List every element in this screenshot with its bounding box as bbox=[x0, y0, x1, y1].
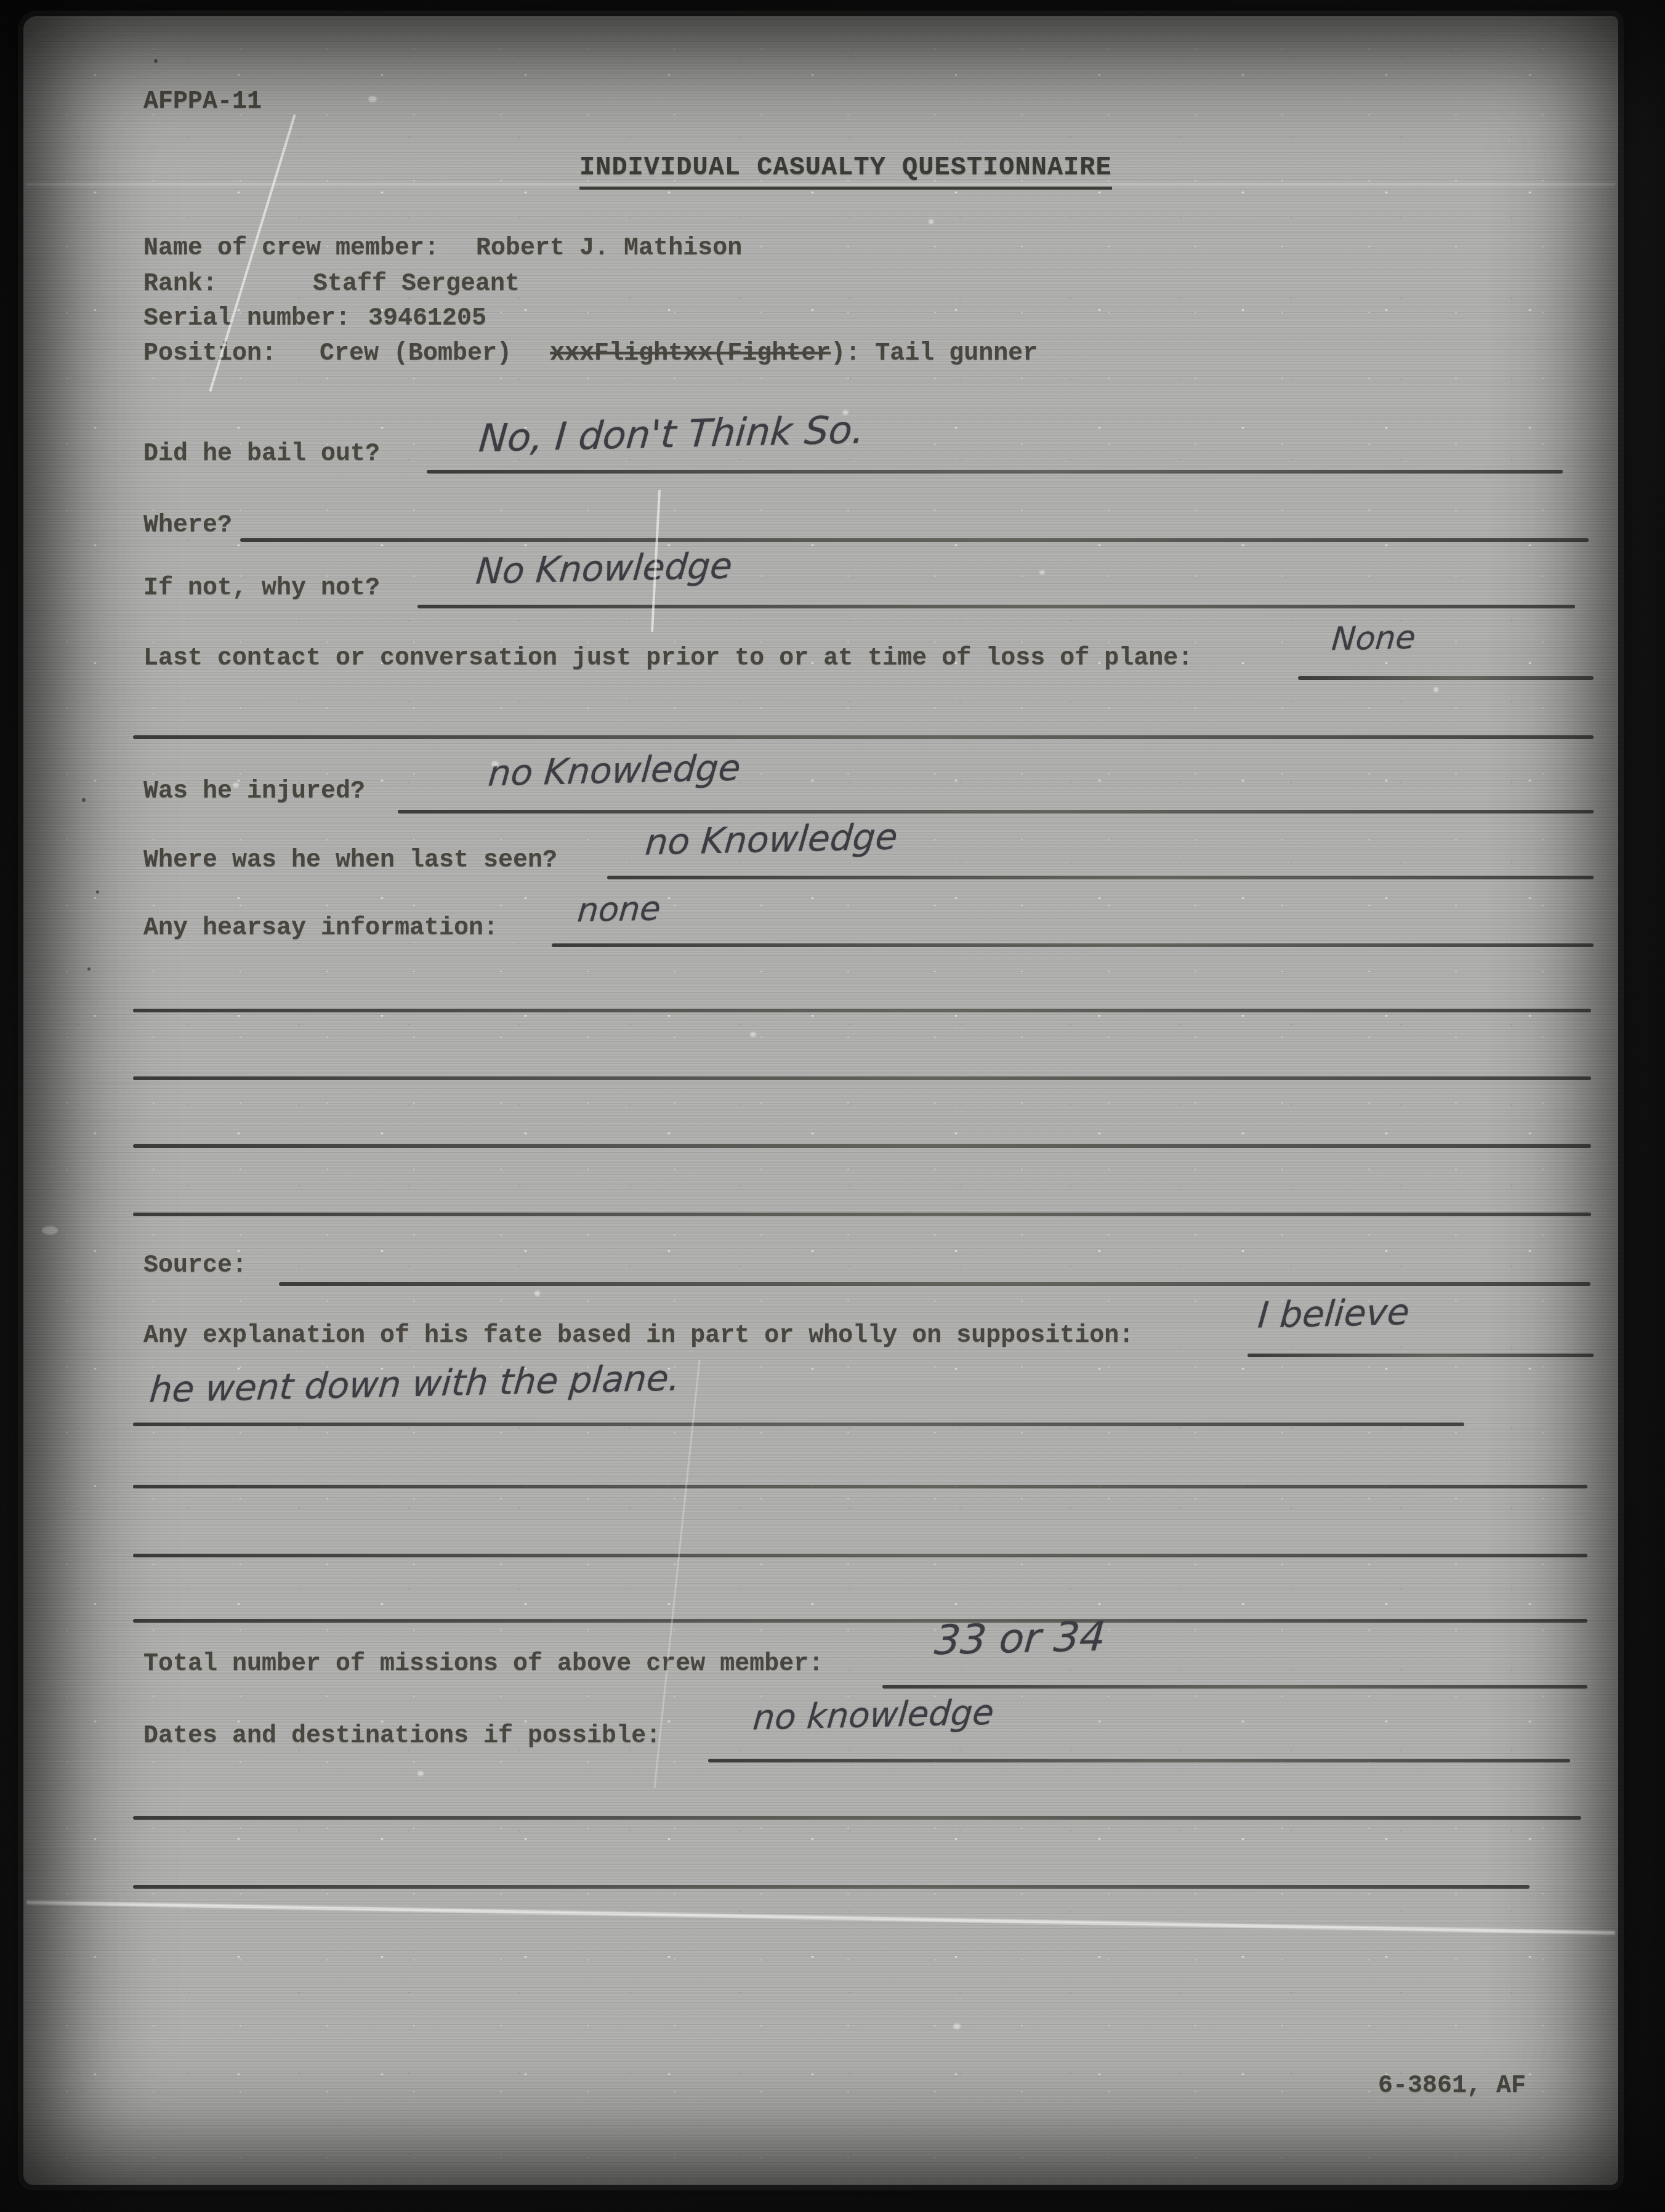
answer-supposition: I believe bbox=[1257, 1294, 1411, 1333]
paper-speck bbox=[1039, 570, 1045, 575]
ruled-line bbox=[882, 1685, 1587, 1689]
form-number: AFPPA-11 bbox=[143, 89, 262, 116]
answer-bail-out: No, I don't Think So. bbox=[478, 411, 866, 458]
ruled-line bbox=[133, 1144, 1591, 1148]
ruled-line bbox=[133, 1423, 1464, 1426]
paper-speck bbox=[842, 410, 849, 415]
question-label-last-seen: Where was he when last seen? bbox=[143, 847, 557, 874]
paper-speck bbox=[82, 798, 86, 802]
paper-speck bbox=[154, 59, 158, 63]
question-label-injured: Was he injured? bbox=[143, 778, 365, 805]
ruled-line bbox=[240, 538, 1589, 542]
ruled-line bbox=[1248, 1354, 1594, 1357]
ruled-line bbox=[133, 1485, 1587, 1488]
form-footer-code: 6-3861, AF bbox=[1378, 2073, 1526, 2100]
paper-speck bbox=[534, 1291, 540, 1296]
field-name-value: Robert J. Mathison bbox=[476, 235, 742, 262]
field-serial-label: Serial number: bbox=[143, 305, 350, 333]
answer-last-contact: None bbox=[1331, 621, 1417, 655]
question-label-where: Where? bbox=[143, 512, 232, 539]
paper-speck bbox=[96, 890, 99, 894]
question-label-dates: Dates and destinations if possible: bbox=[143, 1723, 661, 1750]
ruled-line bbox=[133, 1009, 1591, 1012]
field-rank: Rank:Staff Sergeant bbox=[143, 271, 520, 298]
paper-speck bbox=[953, 2024, 961, 2029]
ruled-line bbox=[133, 1885, 1530, 1889]
ruled-line bbox=[427, 470, 1563, 474]
field-name-label: Name of crew member: bbox=[143, 235, 439, 262]
field-rank-value: Staff Sergeant bbox=[313, 270, 520, 298]
paper-speck bbox=[929, 219, 933, 224]
ruled-line bbox=[133, 1816, 1581, 1820]
paper-speck bbox=[491, 761, 499, 767]
answer-if-not-why: No Knowledge bbox=[475, 547, 734, 589]
field-position-label: Position: bbox=[143, 340, 276, 368]
paper-speck bbox=[42, 1226, 58, 1235]
question-label-last-contact: Last contact or conversation just prior … bbox=[143, 645, 1193, 672]
scanned-document: AFPPA-11 INDIVIDUAL CASUALTY QUESTIONNAI… bbox=[0, 0, 1665, 2212]
field-position: Position:Crew (Bomber)xxxFlightxx(Fighte… bbox=[143, 341, 1038, 368]
ruled-line bbox=[133, 735, 1594, 739]
ruled-line bbox=[133, 1213, 1591, 1216]
question-label-source: Source: bbox=[143, 1253, 247, 1280]
field-position-suffix: ): Tail gunner bbox=[831, 340, 1038, 368]
answer-supposition-continued: he went down with the plane. bbox=[148, 1360, 682, 1408]
paper-sheet: AFPPA-11 INDIVIDUAL CASUALTY QUESTIONNAI… bbox=[23, 16, 1618, 2185]
paper-speck bbox=[87, 967, 91, 971]
field-serial-value: 39461205 bbox=[368, 305, 486, 333]
ruled-line bbox=[708, 1759, 1570, 1762]
question-label-supposition: Any explanation of his fate based in par… bbox=[143, 1323, 1134, 1350]
ruled-line bbox=[279, 1282, 1590, 1286]
answer-missions: 33 or 34 bbox=[933, 1617, 1107, 1661]
ruled-line bbox=[133, 1554, 1587, 1557]
field-name: Name of crew member:Robert J. Mathison bbox=[143, 235, 742, 262]
answer-injured: no Knowledge bbox=[487, 749, 742, 791]
field-serial: Serial number:39461205 bbox=[143, 305, 486, 333]
paper-speck bbox=[417, 1771, 424, 1776]
ruled-line bbox=[133, 1619, 1587, 1623]
ruled-line bbox=[1298, 676, 1594, 680]
paper-speck bbox=[233, 783, 239, 788]
ruled-line bbox=[552, 943, 1594, 947]
ruled-line bbox=[607, 876, 1594, 879]
answer-dates: no knowledge bbox=[752, 1696, 996, 1736]
question-label-if-not-why: If not, why not? bbox=[143, 575, 380, 602]
field-rank-label: Rank: bbox=[143, 270, 217, 298]
answer-hearsay: none bbox=[576, 892, 662, 927]
paper-speck bbox=[368, 96, 377, 102]
paper-speck bbox=[1433, 687, 1438, 692]
crease-line bbox=[26, 184, 1615, 185]
ruled-line bbox=[398, 810, 1594, 813]
crease-line bbox=[26, 1900, 1615, 1935]
answer-last-seen: no Knowledge bbox=[644, 818, 899, 860]
ruled-line bbox=[133, 1076, 1591, 1080]
question-label-missions: Total number of missions of above crew m… bbox=[143, 1651, 823, 1678]
field-position-struck-text: xxxFlightxx(Fighter bbox=[550, 340, 831, 368]
field-position-value: Crew (Bomber) bbox=[320, 340, 512, 368]
question-label-hearsay: Any hearsay information: bbox=[143, 915, 498, 942]
question-label-bail-out: Did he bail out? bbox=[143, 441, 380, 468]
paper-speck bbox=[750, 1032, 756, 1037]
ruled-line bbox=[417, 605, 1575, 608]
